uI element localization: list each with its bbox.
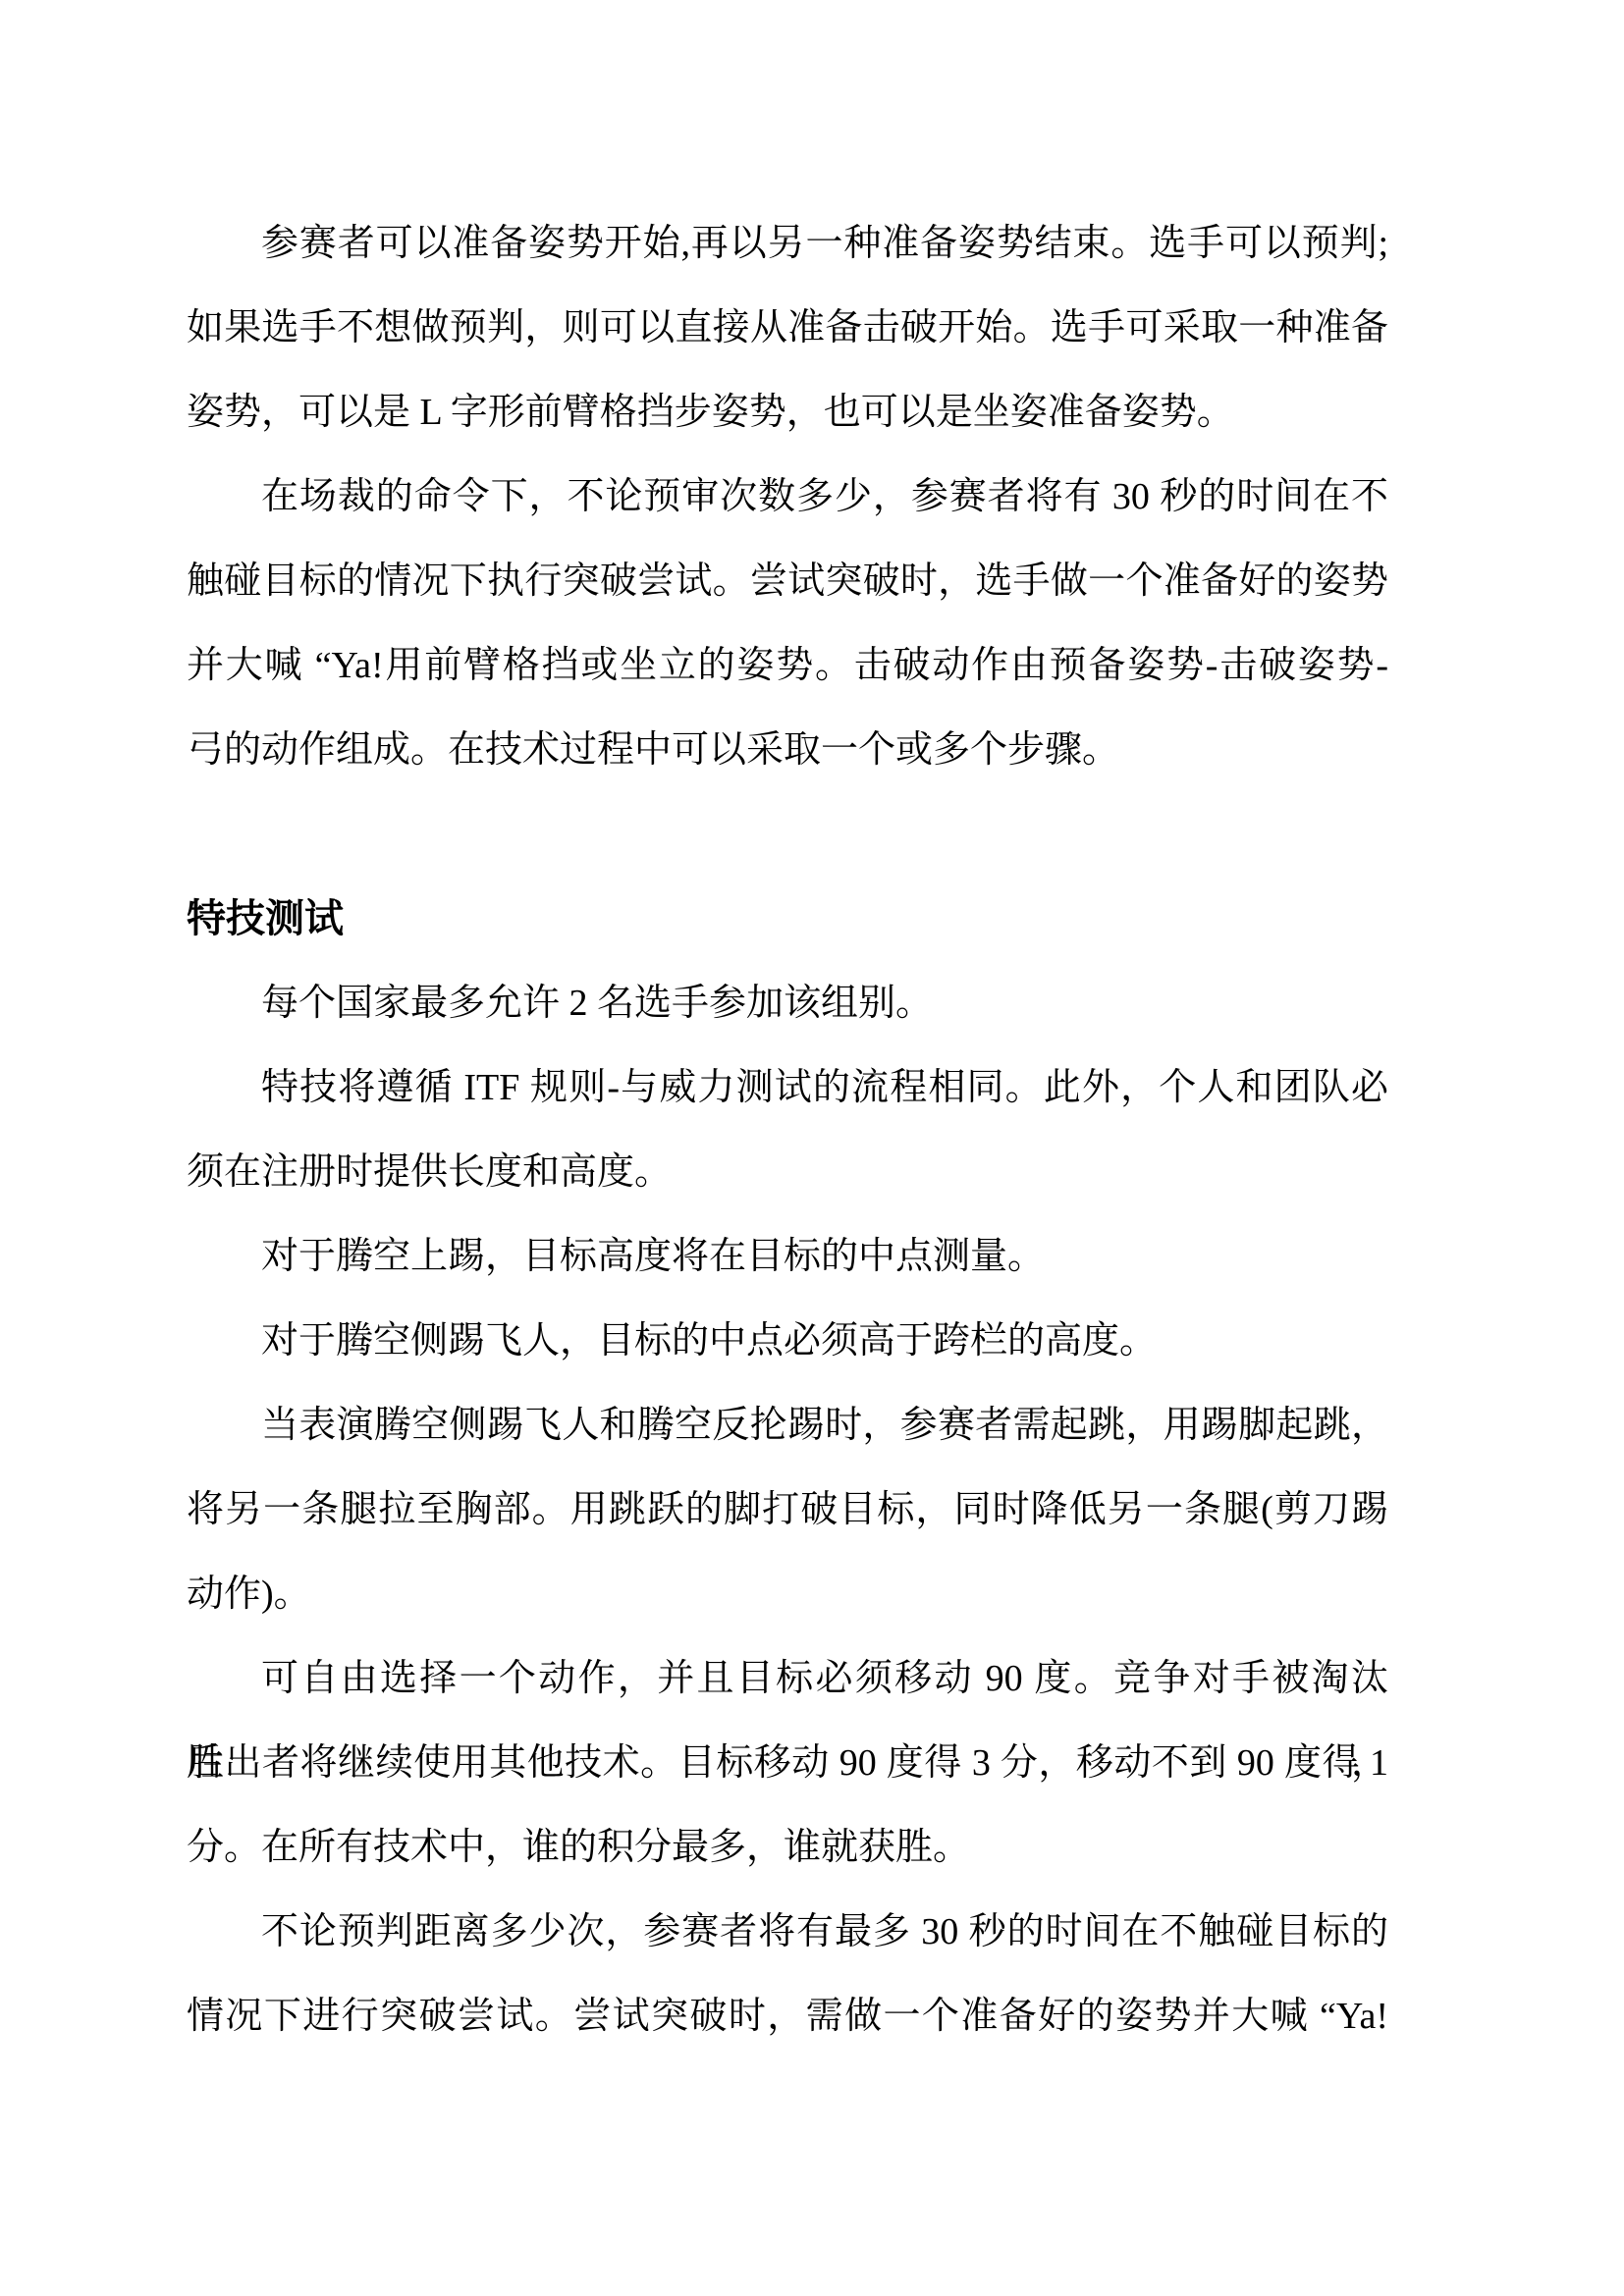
text-line: 弓的动作组成。在技术过程中可以采取一个或多个步骤。 [187, 708, 1388, 792]
text-line: 不论预判距离多少次，参赛者将有最多 30 秒的时间在不触碰目标的 [187, 1890, 1388, 1974]
text-line: 动作)。 [187, 1552, 1388, 1636]
section-heading: 特技测试 [187, 877, 1388, 961]
blank-line [187, 792, 1388, 877]
text-line: 姿势，可以是 L 字形前臂格挡步姿势，也可以是坐姿准备姿势。 [187, 370, 1388, 454]
text-line: 情况下进行突破尝试。尝试突破时，需做一个准备好的姿势并大喊 “Ya! [187, 1974, 1388, 2058]
text-line: 触碰目标的情况下执行突破尝试。尝试突破时，选手做一个准备好的姿势 [187, 539, 1388, 623]
text-line: 参赛者可以准备姿势开始,再以另一种准备姿势结束。选手可以预判; [187, 201, 1388, 286]
text-line: 每个国家最多允许 2 名选手参加该组别。 [187, 961, 1388, 1045]
text-line: 须在注册时提供长度和高度。 [187, 1130, 1388, 1214]
text-line: 并大喊 “Ya!用前臂格挡或坐立的姿势。击破动作由预备姿势-击破姿势- [187, 623, 1388, 708]
text-line: 特技将遵循 ITF 规则-与威力测试的流程相同。此外，个人和团队必 [187, 1045, 1388, 1130]
text-line: 可自由选择一个动作，并且目标必须移动 90 度。竞争对手被淘汰后， [187, 1636, 1388, 1721]
text-line: 当表演腾空侧踢飞人和腾空反抡踢时，参赛者需起跳，用踢脚起跳， [187, 1383, 1388, 1468]
text-line: 对于腾空侧踢飞人，目标的中点必须高于跨栏的高度。 [187, 1299, 1388, 1383]
text-line: 对于腾空上踢，目标高度将在目标的中点测量。 [187, 1214, 1388, 1299]
text-line: 胜出者将继续使用其他技术。目标移动 90 度得 3 分，移动不到 90 度得 1 [187, 1721, 1388, 1805]
text-line: 将另一条腿拉至胸部。用跳跃的脚打破目标，同时降低另一条腿(剪刀踢 [187, 1468, 1388, 1552]
page-text: 参赛者可以准备姿势开始,再以另一种准备姿势结束。选手可以预判;如果选手不想做预判… [187, 201, 1388, 2058]
text-line: 在场裁的命令下，不论预审次数多少，参赛者将有 30 秒的时间在不 [187, 454, 1388, 539]
document-page: 参赛者可以准备姿势开始,再以另一种准备姿势结束。选手可以预判;如果选手不想做预判… [0, 0, 1624, 2296]
text-line: 分。在所有技术中，谁的积分最多，谁就获胜。 [187, 1805, 1388, 1890]
text-line: 如果选手不想做预判，则可以直接从准备击破开始。选手可采取一种准备 [187, 286, 1388, 370]
